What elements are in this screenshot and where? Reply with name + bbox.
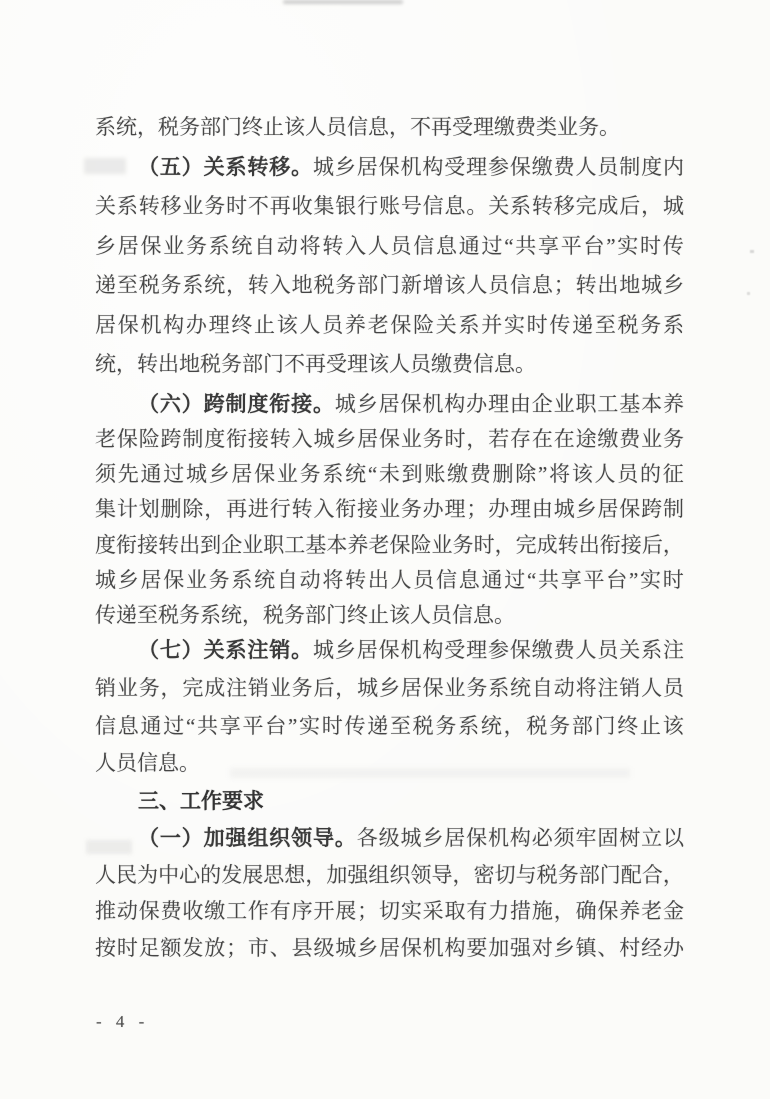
text-char: ， bbox=[466, 425, 487, 453]
text-char: 城 bbox=[357, 674, 378, 702]
text-char: 参 bbox=[488, 636, 509, 664]
text-char: ） bbox=[182, 824, 203, 852]
text-char: 老 bbox=[368, 311, 389, 339]
text-char: 保 bbox=[118, 311, 139, 339]
text-char: 接 bbox=[621, 531, 642, 559]
text-char: 费 bbox=[619, 425, 640, 453]
text-char: 缴 bbox=[447, 460, 468, 488]
text-char: 养 bbox=[619, 897, 640, 925]
text-char: 展 bbox=[335, 897, 356, 925]
text-char: 机 bbox=[401, 153, 422, 181]
text-char: ， bbox=[663, 861, 684, 889]
scan-speck bbox=[747, 292, 750, 295]
text-char: 级 bbox=[379, 824, 400, 852]
text-char: 时 bbox=[640, 232, 661, 260]
text-char: 员 bbox=[488, 271, 509, 299]
text-char: 务 bbox=[423, 425, 444, 453]
text-char: 居 bbox=[401, 674, 422, 702]
text-char: ， bbox=[161, 674, 182, 702]
body-line: 集计划删除，再进行转入衔接业务办理；办理由城乡居保跨制 bbox=[95, 495, 684, 523]
text-char: 居 bbox=[357, 636, 378, 664]
text-char: ， bbox=[495, 531, 516, 559]
text-char: 务 bbox=[209, 566, 230, 594]
text-char: 度 bbox=[204, 425, 225, 453]
text-char: 息 bbox=[118, 712, 139, 740]
text-char: （ bbox=[138, 636, 159, 664]
text-char: 务 bbox=[204, 192, 225, 220]
text-char: 税 bbox=[313, 271, 334, 299]
text-char: 理 bbox=[209, 311, 230, 339]
scan-ghost-mark bbox=[86, 840, 132, 854]
text-char: 城 bbox=[186, 460, 207, 488]
text-char: 企 bbox=[221, 531, 242, 559]
scan-smudge-top bbox=[283, 0, 403, 4]
text-char: 有 bbox=[270, 897, 291, 925]
text-segment: 传递至税务系统，税务部门终止该人员信息。 bbox=[95, 603, 515, 627]
clause-heading-line: （五）关系转移。城乡居保机构受理参保缴费人员制度内 bbox=[138, 153, 684, 181]
text-char: 人 bbox=[595, 460, 616, 488]
text-char: 系 bbox=[231, 566, 252, 594]
text-char: 动 bbox=[117, 897, 138, 925]
text-char: 加 bbox=[326, 861, 347, 889]
text-char: 放 bbox=[204, 934, 225, 962]
text-char: 县 bbox=[292, 934, 313, 962]
text-char: 衔 bbox=[600, 531, 621, 559]
text-char: 集 bbox=[313, 192, 334, 220]
text-char: 关 bbox=[95, 192, 116, 220]
text-char: 城 bbox=[554, 495, 575, 523]
body-line: 统，转出地税务部门不再受理该人员缴费信息。 bbox=[95, 350, 684, 378]
text-char: “ bbox=[504, 232, 513, 260]
text-char: ， bbox=[641, 192, 662, 220]
text-char: 门 bbox=[600, 861, 621, 889]
text-char: 与 bbox=[516, 861, 537, 889]
text-char: 员 bbox=[322, 311, 343, 339]
text-char: 居 bbox=[357, 153, 378, 181]
clause-heading-line: （一）加强组织领导。各级城乡居保机构必须牢固树立以 bbox=[138, 824, 684, 852]
text-char: 中 bbox=[158, 861, 179, 889]
text-char: 该 bbox=[277, 311, 298, 339]
text-char: 未 bbox=[379, 460, 400, 488]
page-number: - 4 - bbox=[96, 1012, 149, 1032]
text-char: 办 bbox=[488, 495, 509, 523]
body-line: 人员信息。 bbox=[95, 749, 684, 777]
text-char: 足 bbox=[139, 934, 160, 962]
text-char: ” bbox=[606, 232, 615, 260]
text-char: 领 bbox=[410, 861, 431, 889]
text-char: 理 bbox=[445, 495, 466, 523]
text-char: 保 bbox=[401, 934, 422, 962]
text-char: 机 bbox=[423, 934, 444, 962]
text-char: 自 bbox=[532, 674, 553, 702]
text-char: 密 bbox=[474, 861, 495, 889]
text-char: 税 bbox=[618, 311, 639, 339]
text-char: 工 bbox=[597, 390, 618, 418]
text-char: 系 bbox=[209, 232, 230, 260]
body-line: 信息通过“共享平台”实时传递至税务系统，税务部门终止该 bbox=[95, 712, 684, 740]
text-char: 后 bbox=[313, 674, 334, 702]
text-char: 业 bbox=[445, 674, 466, 702]
body-line: 须先通过城乡居保业务系统“未到账缴费删除”将该人员的征 bbox=[95, 460, 684, 488]
text-char: 。 bbox=[466, 192, 487, 220]
text-char: “ bbox=[186, 712, 195, 740]
text-char: 务 bbox=[161, 271, 182, 299]
text-char: 平 bbox=[561, 232, 582, 260]
text-char: 享 bbox=[538, 232, 559, 260]
text-char: 转 bbox=[248, 271, 269, 299]
text-char: ； bbox=[554, 271, 575, 299]
text-char: 递 bbox=[367, 712, 388, 740]
text-char: 五 bbox=[160, 153, 181, 181]
text-char: 费 bbox=[161, 897, 182, 925]
text-char: 到 bbox=[402, 460, 423, 488]
text-char: ， bbox=[453, 861, 474, 889]
body-line: 居保机构办理终止该人员养老保险关系并实时传递至税务系 bbox=[95, 311, 684, 339]
text-char: 导 bbox=[313, 824, 334, 852]
text-char: 递 bbox=[572, 311, 593, 339]
text-char: 入 bbox=[270, 271, 291, 299]
text-char: 再 bbox=[270, 192, 291, 220]
text-char: 员 bbox=[663, 674, 684, 702]
text-char: 办 bbox=[186, 311, 207, 339]
text-char: 确 bbox=[576, 897, 597, 925]
clause-heading-line: （六）跨制度衔接。城乡居保机构办理由企业职工基本养 bbox=[138, 390, 684, 418]
text-char: 务 bbox=[300, 460, 321, 488]
text-char: 职 bbox=[263, 531, 284, 559]
text-char: 必 bbox=[532, 824, 553, 852]
text-char: 业 bbox=[182, 192, 203, 220]
text-char: 居 bbox=[597, 495, 618, 523]
text-char: 税 bbox=[413, 712, 434, 740]
text-char: 为 bbox=[137, 861, 158, 889]
text-char: 保 bbox=[379, 153, 400, 181]
text-char: 度 bbox=[95, 531, 116, 559]
text-char: 通 bbox=[459, 232, 480, 260]
text-char: 关 bbox=[619, 636, 640, 664]
text-char: 注 bbox=[663, 636, 684, 664]
text-char: 将 bbox=[322, 566, 343, 594]
text-char: 平 bbox=[583, 566, 604, 594]
text-char: 业 bbox=[163, 232, 184, 260]
text-char: 关 bbox=[488, 192, 509, 220]
text-char: （ bbox=[138, 390, 159, 418]
text-char: 养 bbox=[347, 531, 368, 559]
text-char: 办 bbox=[466, 390, 487, 418]
text-char: 至 bbox=[390, 712, 411, 740]
text-char: 先 bbox=[118, 460, 139, 488]
text-char: 保 bbox=[423, 674, 444, 702]
text-char: 信 bbox=[413, 232, 434, 260]
text-char: 加 bbox=[488, 934, 509, 962]
text-char: 办 bbox=[663, 934, 684, 962]
text-char: 强 bbox=[510, 934, 531, 962]
text-char: 保 bbox=[117, 425, 138, 453]
text-char: 市 bbox=[248, 934, 269, 962]
text-char: 发 bbox=[182, 934, 203, 962]
text-char: 缴 bbox=[204, 897, 225, 925]
body-line: 推动保费收缴工作有序开展；切实采取有力措施，确保养老金 bbox=[95, 897, 684, 925]
text-char: 保 bbox=[510, 636, 531, 664]
text-char: 递 bbox=[95, 271, 116, 299]
text-char: 账 bbox=[379, 192, 400, 220]
text-char: 息 bbox=[436, 232, 457, 260]
text-char: 城 bbox=[95, 566, 116, 594]
text-char: 乡 bbox=[379, 674, 400, 702]
text-char: 地 bbox=[292, 271, 313, 299]
text-char: 平 bbox=[242, 712, 263, 740]
text-char: 行 bbox=[270, 495, 291, 523]
text-char: 保 bbox=[389, 531, 410, 559]
text-char: 城 bbox=[335, 934, 356, 962]
text-char: 人 bbox=[95, 861, 116, 889]
text-char: 后 bbox=[642, 531, 663, 559]
text-char: 保 bbox=[466, 824, 487, 852]
text-char: 务 bbox=[186, 232, 207, 260]
text-char: 办 bbox=[423, 495, 444, 523]
text-char: 不 bbox=[248, 192, 269, 220]
text-char: ， bbox=[204, 495, 225, 523]
text-char: 若 bbox=[488, 425, 509, 453]
text-segment: 系统，税务部门终止该人员信息，不再受理缴费类业务。 bbox=[95, 115, 620, 139]
text-char: 转 bbox=[270, 425, 291, 453]
body-line: 人民为中心的发展思想，加强组织领导，密切与税务部门配合， bbox=[95, 861, 684, 889]
body-line: 系统，税务部门终止该人员信息，不再受理缴费类业务。 bbox=[95, 113, 684, 141]
text-char: 人 bbox=[641, 674, 662, 702]
text-char: 删 bbox=[161, 495, 182, 523]
text-char: 领 bbox=[291, 824, 312, 852]
text-char: 乡 bbox=[118, 566, 139, 594]
text-char: 缴 bbox=[597, 425, 618, 453]
text-char: 老 bbox=[641, 897, 662, 925]
text-segment: 人员信息。 bbox=[95, 751, 200, 775]
text-char: ） bbox=[182, 636, 203, 664]
text-char: 实 bbox=[299, 712, 320, 740]
text-char: 居 bbox=[444, 824, 465, 852]
text-char: 城 bbox=[663, 192, 684, 220]
text-char: 险 bbox=[413, 311, 434, 339]
text-char: 通 bbox=[140, 712, 161, 740]
text-char: 税 bbox=[526, 712, 547, 740]
text-char: 城 bbox=[313, 425, 334, 453]
text-char: 。 bbox=[291, 636, 312, 664]
text-char: 衔 bbox=[335, 495, 356, 523]
text-char: 台 bbox=[583, 232, 604, 260]
text-char: 机 bbox=[422, 390, 443, 418]
text-char: 推 bbox=[95, 897, 116, 925]
text-char: 。 bbox=[291, 153, 312, 181]
text-char: 该 bbox=[572, 460, 593, 488]
text-char: 通 bbox=[481, 566, 502, 594]
text-char: 级 bbox=[313, 934, 334, 962]
text-char: 保 bbox=[401, 390, 422, 418]
text-char: 入 bbox=[292, 425, 313, 453]
text-char: 划 bbox=[139, 495, 160, 523]
text-char: 系 bbox=[488, 674, 509, 702]
scanned-document-page: 系统，税务部门终止该人员信息，不再受理缴费类业务。（五）关系转移。城乡居保机构受… bbox=[0, 0, 770, 1099]
text-char: 收 bbox=[292, 192, 313, 220]
text-char: 将 bbox=[300, 232, 321, 260]
text-char: 乡 bbox=[554, 934, 575, 962]
text-char: 跨 bbox=[641, 495, 662, 523]
text-char: 乡 bbox=[422, 824, 443, 852]
text-segment: 三、工作要求 bbox=[138, 790, 264, 813]
text-char: 居 bbox=[357, 425, 378, 453]
text-char: 机 bbox=[401, 636, 422, 664]
text-char: 力 bbox=[488, 897, 509, 925]
text-char: 统 bbox=[204, 271, 225, 299]
text-char: 存 bbox=[510, 425, 531, 453]
text-char: 展 bbox=[242, 861, 263, 889]
text-char: 注 bbox=[597, 674, 618, 702]
text-char: 乡 bbox=[335, 636, 356, 664]
text-char: 在 bbox=[532, 425, 553, 453]
text-char: 关 bbox=[436, 311, 457, 339]
text-char: 除 bbox=[182, 495, 203, 523]
text-char: 切 bbox=[379, 897, 400, 925]
body-line: 传递至税务系统，税务部门终止该人员信息。 bbox=[95, 601, 684, 629]
text-char: 本 bbox=[641, 390, 662, 418]
text-char: 缴 bbox=[532, 153, 553, 181]
text-char: 时 bbox=[663, 566, 684, 594]
body-line: 销业务，完成注销业务后，城乡居保业务系统自动将注销人员 bbox=[95, 674, 684, 702]
text-char: 过 bbox=[163, 712, 184, 740]
text-char: 人 bbox=[466, 271, 487, 299]
text-char: 的 bbox=[640, 460, 661, 488]
text-char: 衔 bbox=[269, 390, 290, 418]
text-segment: 统，转出地税务部门不再受理该人员缴费信息。 bbox=[95, 352, 536, 376]
text-char: 息 bbox=[532, 271, 553, 299]
text-char: 税 bbox=[139, 271, 160, 299]
text-char: 务 bbox=[292, 674, 313, 702]
text-char: 集 bbox=[95, 495, 116, 523]
text-char: 保 bbox=[139, 897, 160, 925]
text-char: 序 bbox=[292, 897, 313, 925]
text-char: 终 bbox=[231, 311, 252, 339]
text-char: 统 bbox=[254, 566, 275, 594]
text-char: 务 bbox=[335, 271, 356, 299]
text-char: 乡 bbox=[576, 495, 597, 523]
text-char: 牢 bbox=[576, 824, 597, 852]
text-char: 制 bbox=[182, 425, 203, 453]
text-char: 部 bbox=[579, 861, 600, 889]
text-char: 城 bbox=[313, 153, 334, 181]
text-char: ” bbox=[288, 712, 297, 740]
text-char: 员 bbox=[597, 153, 618, 181]
text-char: 过 bbox=[163, 460, 184, 488]
text-char: 乡 bbox=[357, 934, 378, 962]
text-char: 银 bbox=[335, 192, 356, 220]
text-char: 保 bbox=[379, 636, 400, 664]
text-char: 成 bbox=[204, 674, 225, 702]
text-char: 时 bbox=[322, 712, 343, 740]
text-char: 终 bbox=[617, 712, 638, 740]
text-char: 强 bbox=[226, 824, 247, 852]
text-char: ， bbox=[305, 861, 326, 889]
text-char: 费 bbox=[554, 153, 575, 181]
text-char: 参 bbox=[488, 153, 509, 181]
text-char: 要 bbox=[466, 934, 487, 962]
text-char: 部 bbox=[357, 271, 378, 299]
text-char: 措 bbox=[510, 897, 531, 925]
text-char: 到 bbox=[200, 531, 221, 559]
text-char: 由 bbox=[532, 495, 553, 523]
text-char: 完 bbox=[576, 192, 597, 220]
text-char: 转 bbox=[558, 531, 579, 559]
text-char: 织 bbox=[269, 824, 290, 852]
text-char: 内 bbox=[663, 153, 684, 181]
body-line: 关系转移业务时不再收集银行账号信息。关系转移完成后，城 bbox=[95, 192, 684, 220]
text-char: 人 bbox=[576, 636, 597, 664]
text-char: 务 bbox=[640, 311, 661, 339]
scan-speck bbox=[750, 250, 754, 253]
text-char: 系 bbox=[641, 636, 662, 664]
text-char: 信 bbox=[510, 271, 531, 299]
text-char: ” bbox=[538, 460, 547, 488]
text-char: 经 bbox=[641, 934, 662, 962]
text-char: 乡 bbox=[663, 271, 684, 299]
text-char: ； bbox=[357, 897, 378, 925]
text-char: 移 bbox=[554, 192, 575, 220]
text-char: 居 bbox=[118, 232, 139, 260]
text-char: 统 bbox=[481, 712, 502, 740]
text-char: ， bbox=[663, 531, 684, 559]
text-char: 居 bbox=[379, 934, 400, 962]
text-char: 系 bbox=[226, 153, 247, 181]
text-char: 构 bbox=[444, 390, 465, 418]
text-char: 动 bbox=[554, 674, 575, 702]
text-char: 转 bbox=[158, 531, 179, 559]
text-char: 过 bbox=[481, 232, 502, 260]
text-char: 老 bbox=[368, 531, 389, 559]
text-char: 险 bbox=[139, 425, 160, 453]
text-char: 城 bbox=[313, 636, 334, 664]
text-char: 息 bbox=[445, 192, 466, 220]
text-char: 传 bbox=[663, 232, 684, 260]
text-char: 想 bbox=[284, 861, 305, 889]
text-char: 自 bbox=[277, 566, 298, 594]
text-char: 销 bbox=[619, 674, 640, 702]
text-char: 作 bbox=[248, 897, 269, 925]
text-char: 构 bbox=[422, 636, 443, 664]
text-char: ） bbox=[182, 390, 203, 418]
text-char: 理 bbox=[466, 153, 487, 181]
text-char: 乡 bbox=[357, 390, 378, 418]
text-char: 止 bbox=[254, 311, 275, 339]
text-char: 镇 bbox=[576, 934, 597, 962]
text-char: 开 bbox=[313, 897, 334, 925]
text-char: ； bbox=[466, 495, 487, 523]
text-char: 统 bbox=[231, 232, 252, 260]
text-char: 织 bbox=[389, 861, 410, 889]
text-char: 实 bbox=[504, 311, 525, 339]
text-char: 成 bbox=[537, 531, 558, 559]
body-line: 度衔接转出到企业职工基本养老保险业务时，完成转出衔接后， bbox=[95, 531, 684, 559]
body-line: 按时足额发放；市、县级城乡居保机构要加强对乡镇、村经办 bbox=[95, 934, 684, 962]
text-char: 至 bbox=[117, 271, 138, 299]
text-char: （ bbox=[138, 153, 159, 181]
text-char: 衔 bbox=[116, 531, 137, 559]
text-char: 六 bbox=[160, 390, 181, 418]
text-char: 、 bbox=[270, 934, 291, 962]
text-char: 门 bbox=[595, 712, 616, 740]
text-char: 接 bbox=[291, 390, 312, 418]
text-char: 养 bbox=[663, 390, 684, 418]
text-char: 心 bbox=[179, 861, 200, 889]
text-char: 费 bbox=[554, 636, 575, 664]
text-char: 关 bbox=[204, 153, 225, 181]
text-char: 员 bbox=[413, 566, 434, 594]
text-char: 务 bbox=[435, 712, 456, 740]
